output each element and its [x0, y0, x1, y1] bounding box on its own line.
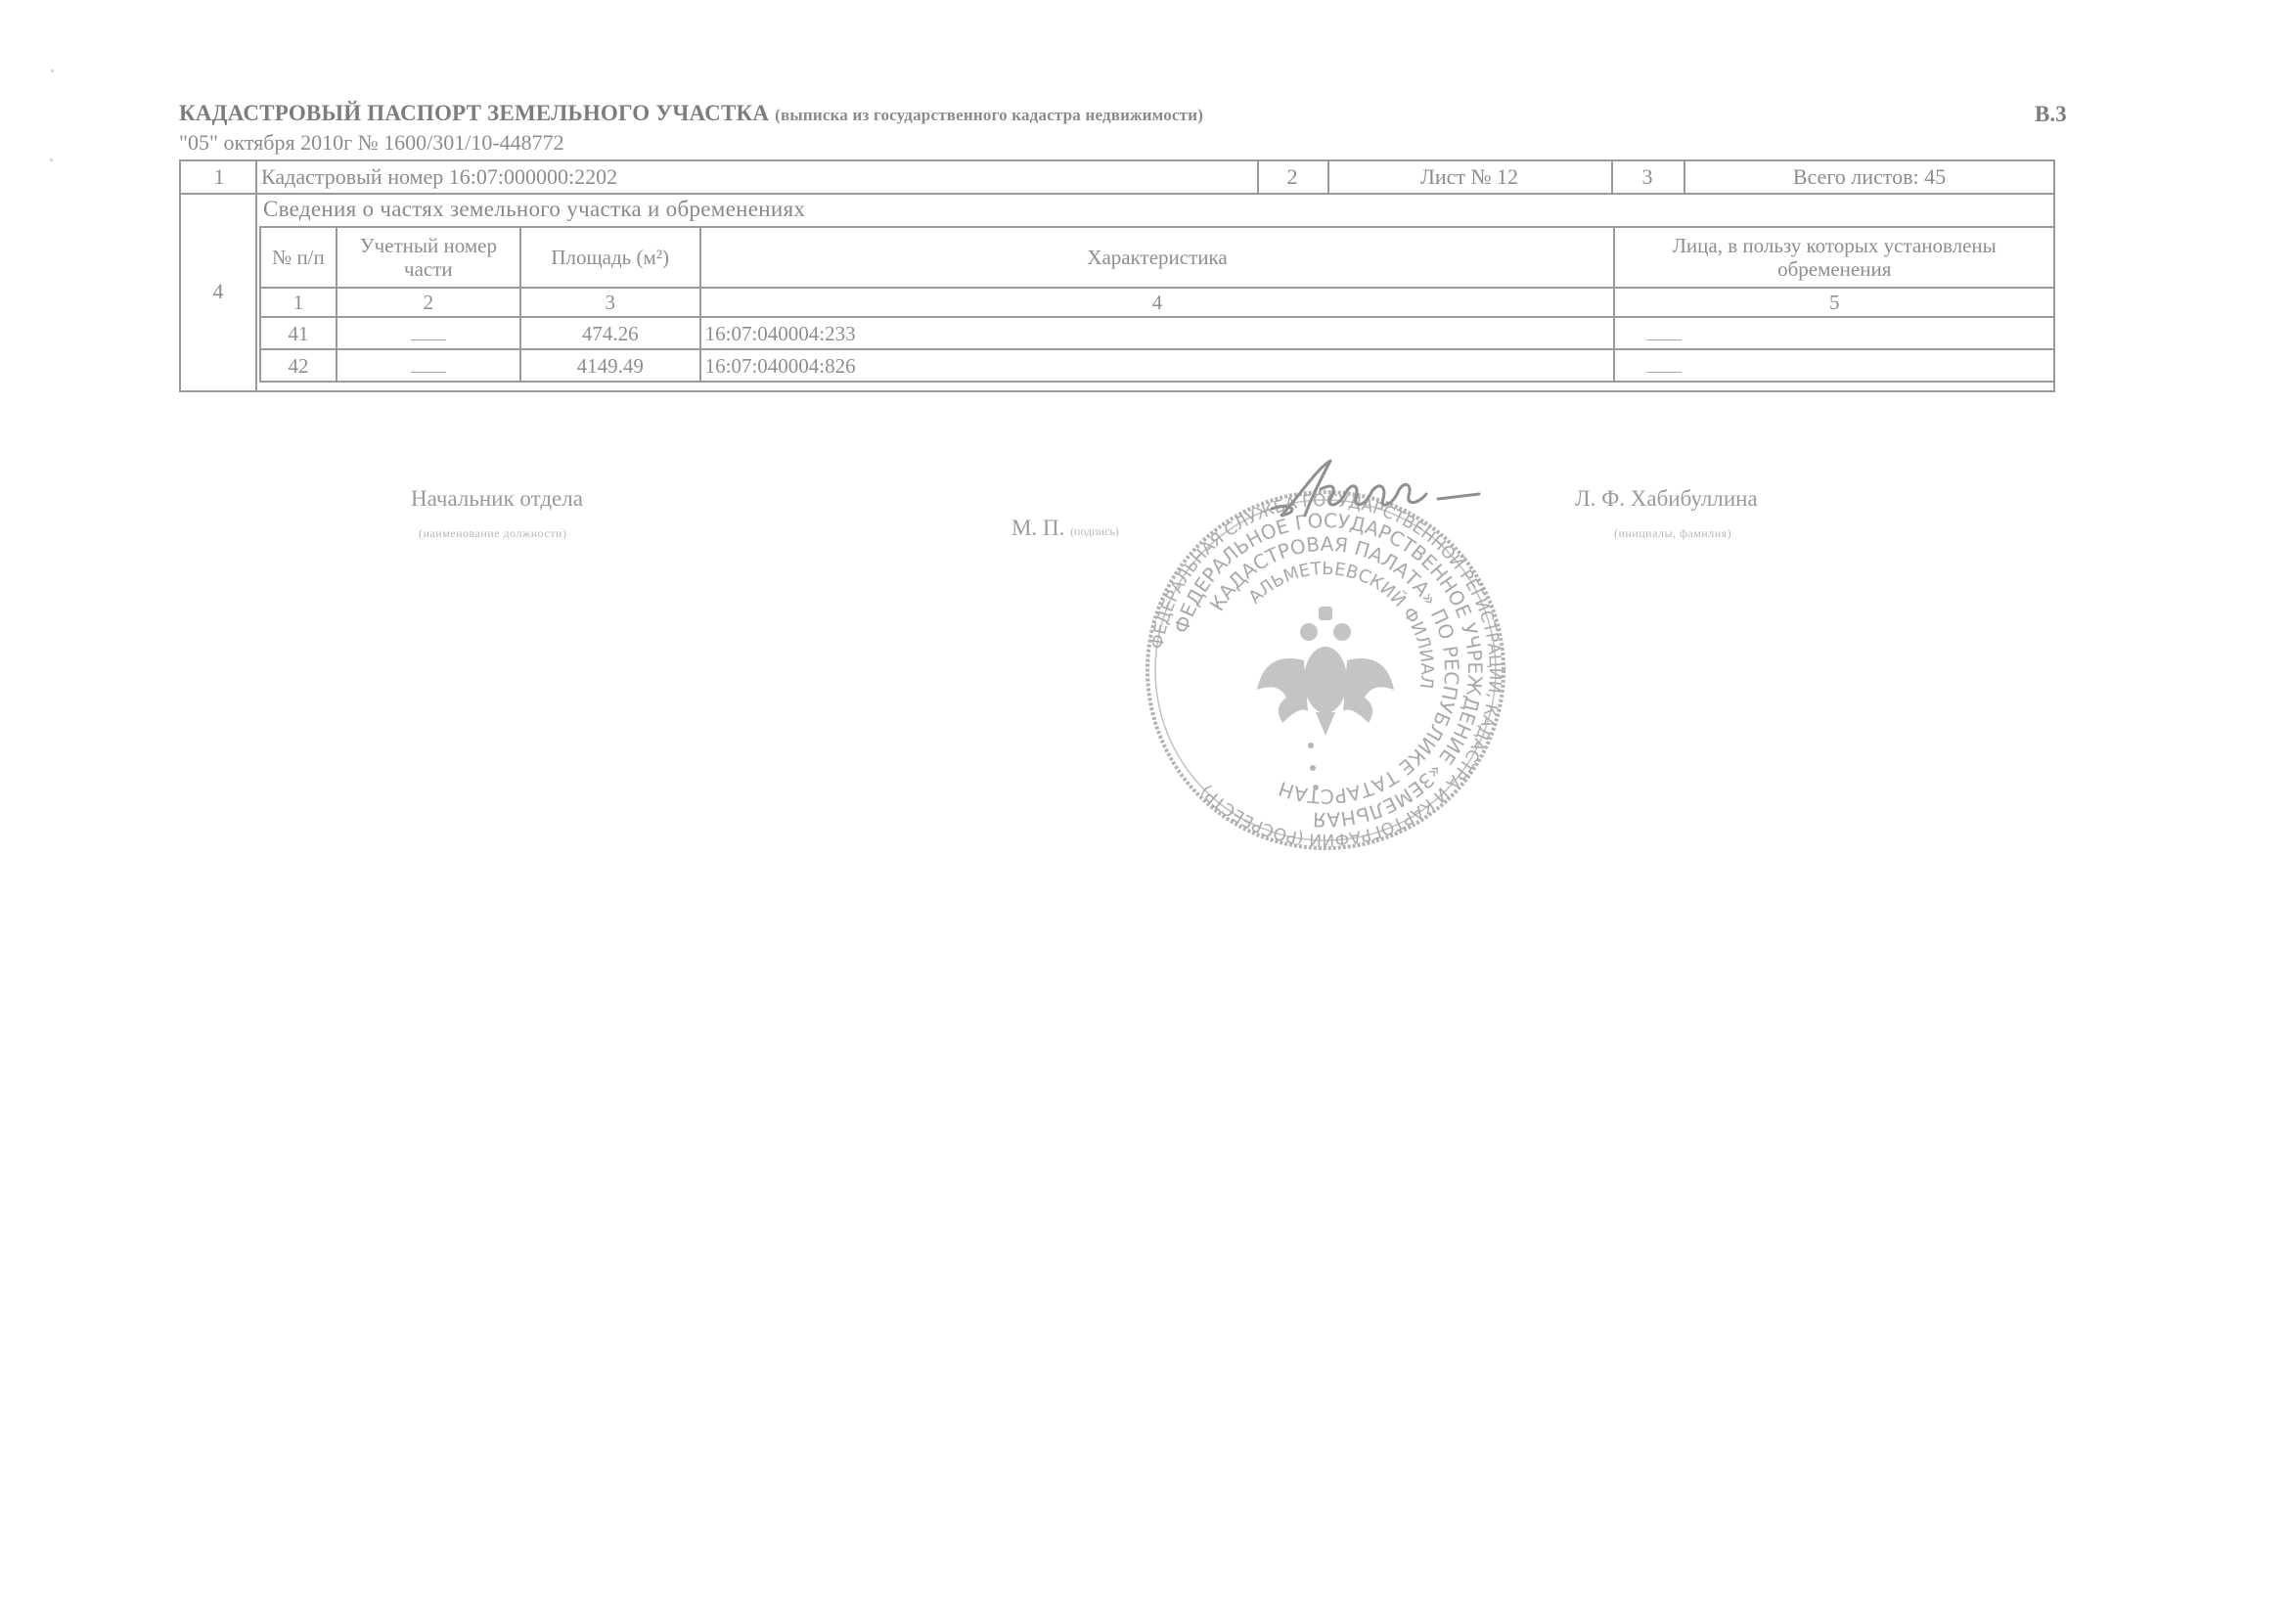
sheet-number: Лист № 12	[1327, 161, 1611, 193]
column-header: Лица, в пользу которых установлены обрем…	[1614, 227, 2054, 288]
signer-name: Л. Ф. Хабибуллина	[1575, 486, 1758, 512]
area: 474.26	[520, 317, 700, 349]
empty-dash	[1646, 360, 1682, 373]
row1-number: 1	[181, 161, 257, 193]
row-number: 42	[260, 349, 337, 382]
column-number: 3	[520, 288, 700, 317]
empty-dash	[411, 360, 446, 373]
sheet-number-box: 2	[1257, 161, 1327, 193]
column-header: Площадь (м²)	[520, 227, 700, 288]
signer-position-caption: (наименование должности)	[419, 526, 566, 541]
column-header: Учетный номер части	[337, 227, 520, 288]
signer-name-caption: (инициалы, фамилия)	[1614, 526, 1731, 541]
column-numbers-row: 1 2 3 4 5	[260, 288, 2054, 317]
column-number: 2	[337, 288, 520, 317]
handwritten-signature-icon	[1262, 455, 1497, 523]
column-number: 4	[700, 288, 1615, 317]
total-sheets: Всего листов: 45	[1684, 161, 2055, 193]
scan-artifact	[51, 69, 54, 72]
stamp-place-label: М. П.	[1011, 516, 1064, 540]
total-sheets-box: 3	[1611, 161, 1684, 193]
document-dateline: "05" октября 2010г № 1600/301/10-448772	[179, 130, 564, 156]
coat-of-arms-icon	[1257, 607, 1394, 736]
parts-table: № п/п Учетный номер части Площадь (м²) Х…	[259, 226, 2055, 383]
document-title-sub: (выписка из государственного кадастра не…	[775, 106, 1203, 124]
section-4: 4 Сведения о частях земельного участка и…	[179, 193, 2055, 392]
characteristic: 16:07:040004:233	[700, 317, 1615, 349]
table-row: 41 474.26 16:07:040004:233	[260, 317, 2054, 349]
stamp-place: М. П. (подпись)	[1011, 516, 1119, 541]
form-row-1: 1 Кадастровый номер 16:07:000000:2202 2 …	[179, 159, 2055, 195]
signer-position: Начальник отдела	[411, 486, 583, 512]
persons	[1614, 317, 2054, 349]
document-title: КАДАСТРОВЫЙ ПАСПОРТ ЗЕМЕЛЬНОГО УЧАСТКА (…	[179, 101, 1203, 126]
column-header: Характеристика	[700, 227, 1615, 288]
official-seal-icon: ФЕДЕРАЛЬНАЯ СЛУЖБА ГОСУДАРСТВЕННОЙ РЕГИС…	[1145, 489, 1506, 851]
form-code: В.3	[2035, 102, 2067, 127]
part-number	[337, 317, 520, 349]
empty-dash	[1646, 328, 1682, 340]
scan-artifact	[50, 158, 53, 161]
table-header-row: № п/п Учетный номер части Площадь (м²) Х…	[260, 227, 2054, 288]
column-header: № п/п	[260, 227, 337, 288]
table-row: 42 4149.49 16:07:040004:826	[260, 349, 2054, 382]
section-4-number: 4	[181, 193, 257, 390]
cadastral-number: Кадастровый номер 16:07:000000:2202	[261, 161, 617, 193]
persons	[1614, 349, 2054, 382]
document-title-main: КАДАСТРОВЫЙ ПАСПОРТ ЗЕМЕЛЬНОГО УЧАСТКА	[179, 101, 769, 125]
section-4-title: Сведения о частях земельного участка и о…	[263, 197, 805, 222]
row-number: 41	[260, 317, 337, 349]
column-number: 1	[260, 288, 337, 317]
area: 4149.49	[520, 349, 700, 382]
part-number	[337, 349, 520, 382]
signature-caption: (подпись)	[1070, 524, 1119, 538]
characteristic: 16:07:040004:826	[700, 349, 1615, 382]
empty-dash	[411, 328, 446, 340]
column-number: 5	[1614, 288, 2054, 317]
